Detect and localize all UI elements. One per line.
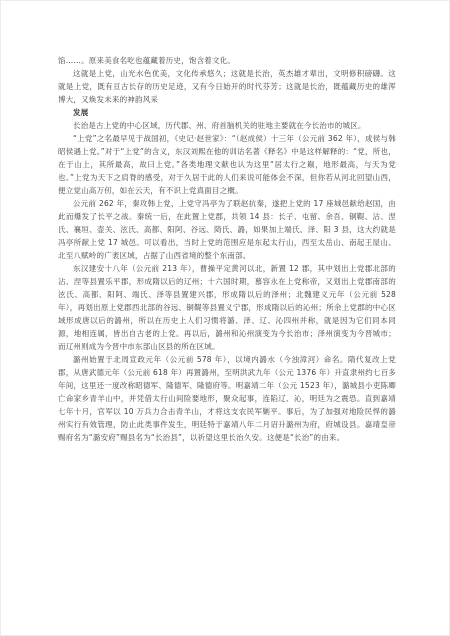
paragraph: 这就是上党，山光水色优美，文化传承悠久；这就是长治，英杰雄才辈出，文明修积磅礴。… bbox=[58, 67, 396, 106]
paragraph: 长治是古上党的中心区域，历代郡、州、府首脑机关的驻地主要就在今长治市的城区。 bbox=[58, 119, 396, 132]
section-heading: 发展 bbox=[58, 106, 396, 119]
document-page: 馅……。原来美食名吃也蕴藏着历史，饱含着文化。这就是上党，山光水色优美，文化传承… bbox=[0, 0, 450, 636]
paragraph: 东汉建安十八年（公元前 213 年），曹操平定黄河以北，新置 12 郡，其中划出… bbox=[58, 262, 396, 353]
paragraph: 潞州始置于北周宣政元年（公元前 578 年），以境内潞水（今浊漳河）命名。隋代复… bbox=[58, 353, 396, 444]
paragraph: “上党”之名最早见于战国初，《史记·赵世家》：“（赵成侯）十三年（公元前 362… bbox=[58, 132, 396, 197]
document-body: 馅……。原来美食名吃也蕴藏着历史，饱含着文化。这就是上党，山光水色优美，文化传承… bbox=[58, 54, 396, 444]
paragraph: 馅……。原来美食名吃也蕴藏着历史，饱含着文化。 bbox=[58, 54, 396, 67]
paragraph: 公元前 262 年，秦攻韩上党，上党守冯亭为了联赵抗秦，遂把上党的 17 座城邑… bbox=[58, 197, 396, 262]
